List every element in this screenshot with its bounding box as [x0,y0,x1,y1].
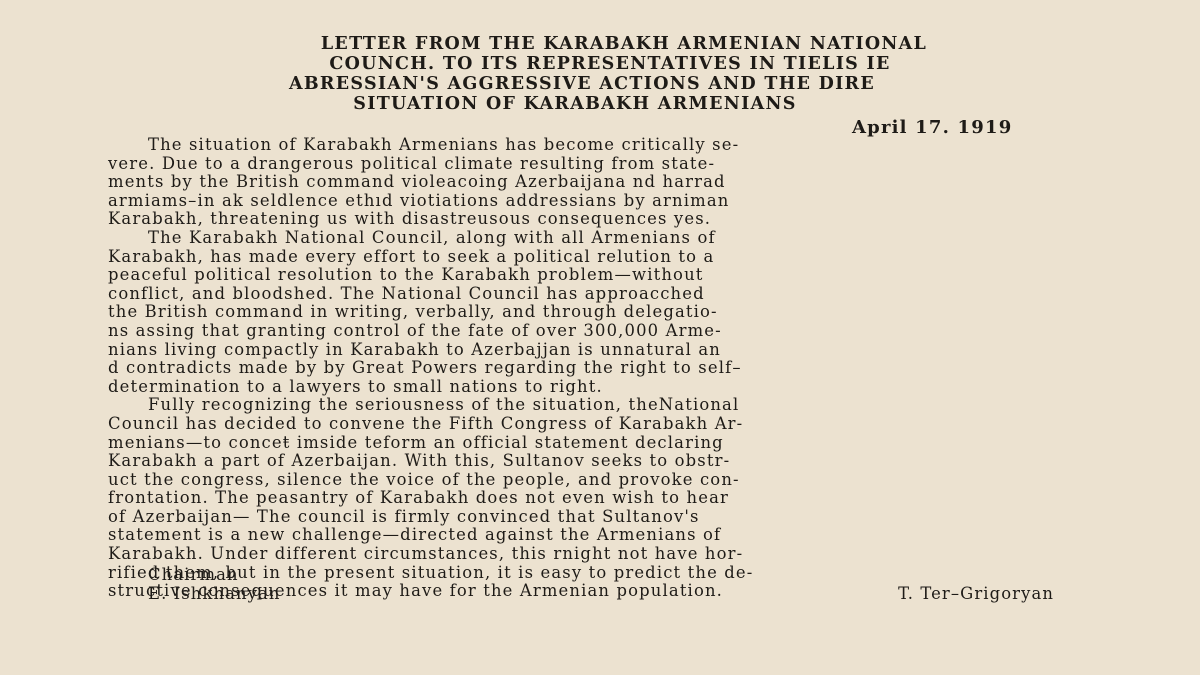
body-line: of Azerbaijan— The council is firmly con… [108,508,1158,527]
body-line: Karabakh, threatening us with disastreus… [108,210,1158,229]
body-line: nians living compactly in Karabakh to Az… [108,341,1158,360]
signature-block: Chairman E. Ishkhanyan T. Ter–Grigoryan [148,565,1068,603]
body-line: Fully recognizing the seriousness of the… [108,396,1158,415]
body-line: conflict, and bloodshed. The National Co… [108,285,1158,304]
body-line: Karabakh a part of Azerbaijan. With this… [108,452,1158,471]
letter-title: LETTER FROM THE KARABAKH ARMENIAN NATION… [100,34,1120,114]
body-line: vere. Due to a drangerous political clim… [108,155,1158,174]
body-line: frontation. The peasantry of Karabakh do… [108,489,1158,508]
body-line: The Karabakh National Council, along wit… [108,229,1158,248]
body-line: The situation of Karabakh Armenians has … [108,136,1158,155]
body-line: Karabakh. Under different circumstances,… [108,545,1158,564]
body-line: Council has decided to convene the Fifth… [108,415,1158,434]
signatory-role: Chairman [148,565,1068,584]
body-line: ns assing that granting control of the f… [108,322,1158,341]
letter-body: The situation of Karabakh Armenians has … [108,136,1158,601]
document-page: LETTER FROM THE KARABAKH ARMENIAN NATION… [0,0,1200,675]
title-line-4: SITUATION OF KARABAKH ARMENIANS [100,94,1120,114]
title-line-3: ABRESSIAN'S AGGRESSIVE ACTIONS AND THE D… [100,74,1120,94]
body-line: peaceful political resolution to the Kar… [108,266,1158,285]
body-line: the British command in writing, verbally… [108,303,1158,322]
title-line-1: LETTER FROM THE KARABAKH ARMENIAN NATION… [100,34,1120,54]
body-line: uct the congress, silence the voice of t… [108,471,1158,490]
signatory-left-name: E. Ishkhanyan [148,584,281,603]
body-line: armiams–in ak seldlence ethıd viotiation… [108,192,1158,211]
body-line: ments by the British command violeacoing… [108,173,1158,192]
letter-date: April 17. 1919 [852,117,1012,138]
body-line: statement is a new challenge—directed ag… [108,526,1158,545]
body-line: determination to a lawyers to small nati… [108,378,1158,397]
title-line-2: COUNCH. TO ITS REPRESENTATIVES IN TIELIS… [100,54,1120,74]
body-line: d contradicts made by by Great Powers re… [108,359,1158,378]
body-line: menians—to conceŧ imside teform an offic… [108,434,1158,453]
signatory-right-name: T. Ter–Grigoryan [898,584,1068,603]
body-line: Karabakh, has made every effort to seek … [108,248,1158,267]
